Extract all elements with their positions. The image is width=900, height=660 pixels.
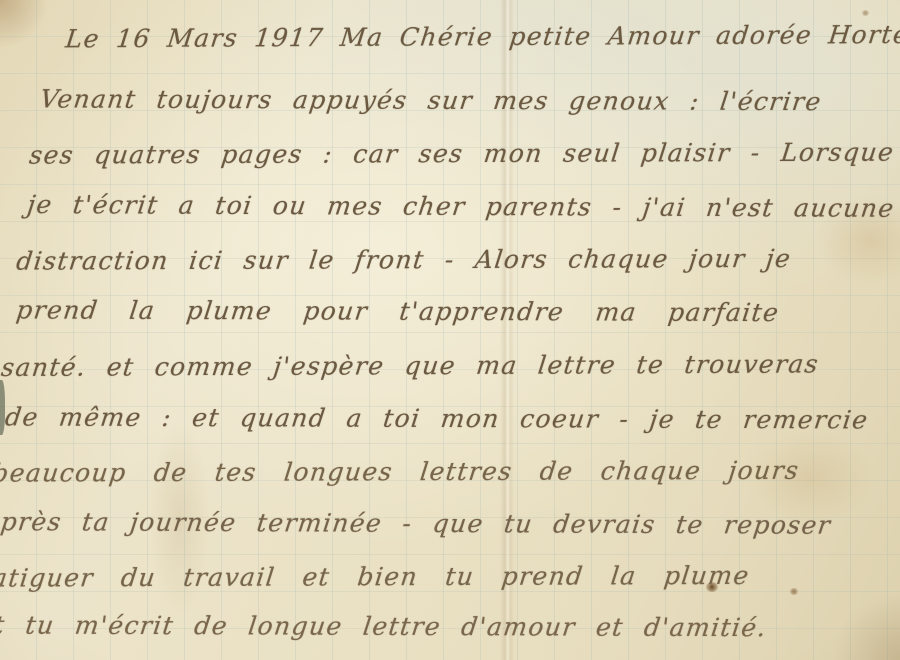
letter-line-8: de même : et quand a toi mon coeur - je … [0,402,900,434]
letter-line-9: beaucoup de tes longues lettres de chaqu… [0,455,900,487]
letter-line-7: santé. et comme j'espère que ma lettre t… [0,349,900,382]
letter-line-5: distraction ici sur le front - Alors cha… [7,243,900,275]
letter-line-6: prend la plume pour t'apprendre ma parfa… [1,295,900,327]
letter-line-1: Le 16 Mars 1917 Ma Chérie petite Amour a… [34,20,900,54]
letter-line-11: fatiguer du travail et bien tu prend la … [0,560,900,592]
handwritten-letter-page: Le 16 Mars 1917 Ma Chérie petite Amour a… [0,0,900,660]
letter-line-12: et tu m'écrit de longue lettre d'amour e… [0,610,899,642]
letter-line-10: après ta journée terminée - que tu devra… [0,507,900,540]
letter-line-4: je t'écrit a toi ou mes cher parents - j… [14,190,900,223]
letter-line-2: Venant toujours appuyés sur mes genoux :… [27,84,900,116]
letter-text: Le 16 Mars 1917 Ma Chérie petite Amour a… [0,0,900,660]
letter-line-3: ses quatres pages : car ses mon seul pla… [20,137,900,169]
